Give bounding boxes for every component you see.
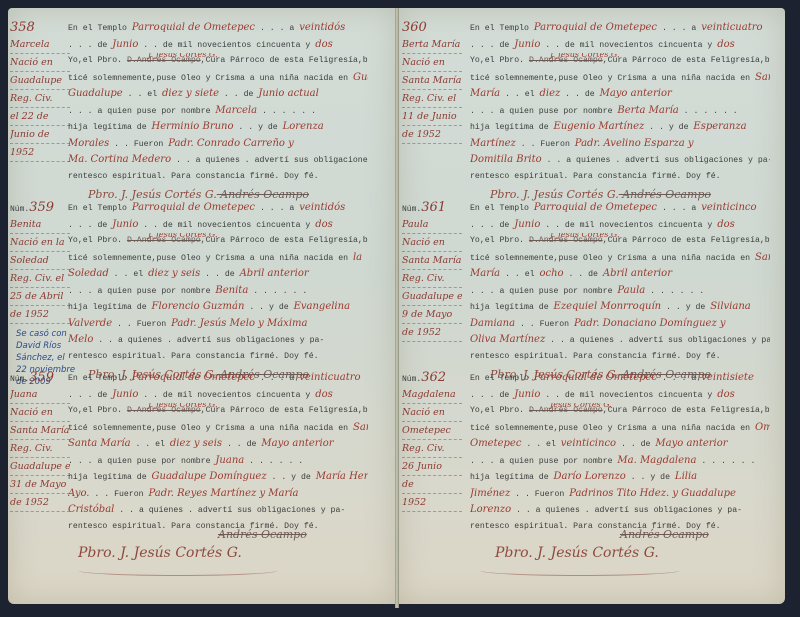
entry-number: Núm.359 bbox=[10, 198, 54, 216]
baptism-year: dos bbox=[717, 219, 735, 230]
form-line: hija legítima de Eugenio Martínez . . y … bbox=[470, 119, 770, 136]
form-line: Ma. Cortina Medero . . a quienes . adver… bbox=[68, 152, 368, 169]
form-text: . . de mil novecientos cincuenta y bbox=[138, 391, 315, 400]
form-line: hija legítima de Darío Lorenzo . . y de … bbox=[470, 469, 770, 486]
form-line: hija legítima de Herminio Bruno . . y de… bbox=[68, 119, 368, 136]
priest-insertion: J. Jesús Cortés G. bbox=[550, 53, 620, 64]
entry-number: Núm.361 bbox=[402, 198, 446, 216]
form-text: ,Cura Párroco de esta Feligresía,bau- bbox=[603, 406, 770, 415]
birth-place: Guadalupe bbox=[353, 72, 368, 83]
form-line: Jiménez . . Fueron Padrinos Tito Hdez. y… bbox=[470, 486, 770, 503]
form-text: . . . de bbox=[470, 221, 514, 230]
baptism-month: Junio bbox=[112, 389, 138, 400]
birth-month: Mayo anterior bbox=[655, 438, 727, 449]
temple-name: Parroquial de Ometepec bbox=[534, 22, 657, 33]
godparents: Padr. Donaciano Domínguez y bbox=[574, 318, 726, 329]
form-text: rentesco espiritual. Para constancia fir… bbox=[68, 352, 319, 361]
godparents: Padr. Avelino Esparza y bbox=[575, 138, 694, 149]
margin-line: de 1952 bbox=[402, 324, 462, 342]
baptism-year: dos bbox=[717, 389, 735, 400]
margin-line: 31 de Mayo bbox=[10, 476, 70, 494]
form-line: rentesco espiritual. Para constancia fir… bbox=[68, 169, 368, 186]
form-line: rentesco espiritual. Para constancia fir… bbox=[470, 349, 770, 366]
form-line: Morales . . Fueron Padr. Conrado Carreño… bbox=[68, 136, 368, 153]
baptism-day: veintidós bbox=[299, 202, 345, 213]
margin-line: Juana bbox=[10, 386, 70, 404]
form-line: María . . el diez . . de Mayo anterior bbox=[470, 86, 770, 103]
form-line: ticé solemnemente,puse Oleo y Crisma a u… bbox=[68, 420, 368, 437]
form-line: ticé solemnemente,puse Oleo y Crisma a u… bbox=[68, 70, 368, 87]
form-line: rentesco espiritual. Para constancia fir… bbox=[68, 349, 368, 366]
form-line: rentesco espiritual. Para constancia fir… bbox=[470, 169, 770, 186]
birth-day: veinticinco bbox=[561, 438, 616, 449]
form-text: Yo,el Pbro. bbox=[470, 406, 529, 415]
form-line: En el Templo Parroquial de Ometepec . . … bbox=[470, 370, 770, 387]
form-text: . . de mil novecientos cincuenta y bbox=[138, 221, 315, 230]
form-line: . . . de Junio . . de mil novecientos ci… bbox=[470, 217, 770, 234]
form-text: . . Fueron bbox=[516, 140, 575, 149]
margin-line: 11 de Junio bbox=[402, 108, 462, 126]
form-text: . . . de bbox=[68, 221, 112, 230]
register-number: 360 bbox=[402, 20, 427, 35]
form-text: rentesco espiritual. Para constancia fir… bbox=[470, 352, 721, 361]
form-text: rentesco espiritual. Para constancia fir… bbox=[470, 172, 721, 181]
form-line: Yo,el Pbro. D.Andrés Ocampo,Cura Párroco… bbox=[470, 53, 770, 70]
form-line: . . . a quien puse por nombre Benita . .… bbox=[68, 283, 368, 300]
form-line: Guadalupe . . el diez y siete . . de Jun… bbox=[68, 86, 368, 103]
margin-line: Berta María bbox=[402, 36, 462, 54]
signature-flourish bbox=[78, 565, 278, 576]
priest-insertion: J. Jesús Cortés G. bbox=[550, 233, 620, 244]
baptism-day: veintidós bbox=[299, 22, 345, 33]
child-name: Ma. Magdalena bbox=[617, 455, 696, 466]
mother-name: Silviana bbox=[710, 301, 750, 312]
form-line: Cristóbal . . a quienes . advertí sus ob… bbox=[68, 502, 368, 519]
form-text: Yo,el Pbro. bbox=[470, 56, 529, 65]
form-line: . . . de Junio . . de mil novecientos ci… bbox=[470, 387, 770, 404]
birth-day: ocho bbox=[539, 268, 563, 279]
num-label: Núm. bbox=[10, 205, 29, 214]
form-text: . . . de bbox=[470, 41, 514, 50]
form-text: . . el bbox=[521, 440, 560, 449]
final-struck-signature: Andrés Ocampo bbox=[218, 528, 307, 541]
form-text: . . de bbox=[219, 90, 258, 99]
form-text: . . a quienes . advertí sus obligaciones… bbox=[171, 156, 368, 165]
form-text: En el Templo bbox=[68, 204, 132, 213]
form-line: Damiana . . Fueron Padr. Donaciano Domín… bbox=[470, 316, 770, 333]
form-line: . . . de Junio . . de mil novecientos ci… bbox=[68, 37, 368, 54]
form-text: . . y de bbox=[244, 303, 293, 312]
mother-name: Esperanza bbox=[693, 121, 746, 132]
num-label: Núm. bbox=[10, 375, 29, 384]
form-text: . . . a quien puse por nombre bbox=[470, 107, 617, 116]
priest-insertion: J. Jesús Cortés G. bbox=[148, 233, 218, 244]
form-line: Melo . . a quienes . advertí sus obligac… bbox=[68, 332, 368, 349]
baptism-year: dos bbox=[717, 39, 735, 50]
birth-place-cont: María bbox=[470, 88, 500, 99]
baptism-day: veinticuatro bbox=[299, 372, 360, 383]
form-text: . . de bbox=[560, 90, 599, 99]
form-text: . . Fueron bbox=[109, 140, 168, 149]
birth-month: Mayo anterior bbox=[600, 88, 672, 99]
register-number: 361 bbox=[421, 200, 446, 215]
temple-name: Parroquial de Ometepec bbox=[534, 372, 657, 383]
baptism-month: Junio bbox=[514, 39, 540, 50]
form-text: Yo,el Pbro. bbox=[68, 236, 127, 245]
form-text: . . . . . . bbox=[248, 287, 307, 296]
form-line: María . . el ocho . . de Abril anterior bbox=[470, 266, 770, 283]
birth-month: Abril anterior bbox=[603, 268, 672, 279]
birth-place: Santa María bbox=[353, 422, 368, 433]
godparents: Padrinos Tito Hdez. y Guadalupe bbox=[569, 488, 736, 499]
godparents: Padr. Reyes Martínez y María bbox=[148, 488, 298, 499]
mother-name-cont: Jiménez bbox=[470, 488, 510, 499]
form-text: hija legítima de bbox=[470, 123, 554, 132]
margin-line: Santa María bbox=[402, 252, 462, 270]
mother-name: Evangelina bbox=[294, 301, 350, 312]
entry-body: En el Templo Parroquial de Ometepec . . … bbox=[470, 200, 770, 365]
form-text: hija legítima de bbox=[470, 473, 554, 482]
mother-name-cont: Martínez bbox=[470, 138, 516, 149]
form-text: En el Templo bbox=[470, 24, 534, 33]
entry-body: En el Templo Parroquial de Ometepec . . … bbox=[470, 370, 770, 535]
baptism-month: Junio bbox=[112, 39, 138, 50]
entry-number: 360 bbox=[402, 18, 427, 36]
birth-place: Ometepec bbox=[755, 422, 770, 433]
entry-body: En el Templo Parroquial de Ometepec . . … bbox=[68, 20, 368, 185]
margin-line: Nació en bbox=[402, 234, 462, 252]
entry-number: Núm.362 bbox=[402, 368, 446, 386]
register-number: 359 bbox=[29, 200, 54, 215]
margin-line: Magdalena bbox=[402, 386, 462, 404]
margin-line: 26 Junio bbox=[402, 458, 462, 476]
form-text: ,Cura Párroco de esta Feligresía,bau- bbox=[603, 56, 770, 65]
margin-line: de bbox=[402, 476, 462, 494]
form-text: . . de bbox=[200, 270, 239, 279]
form-line: Ayo. . . Fueron Padr. Reyes Martínez y M… bbox=[68, 486, 368, 503]
form-text: . . y de bbox=[234, 123, 283, 132]
form-line: En el Templo Parroquial de Ometepec . . … bbox=[68, 370, 368, 387]
priest-insertion: Jesús Cortés G. bbox=[550, 403, 612, 414]
margin-line: 1952 bbox=[10, 144, 70, 162]
form-line: Lorenzo . . a quienes . advertí sus obli… bbox=[470, 502, 770, 519]
temple-name: Parroquial de Ometepec bbox=[132, 202, 255, 213]
form-line: En el Templo Parroquial de Ometepec . . … bbox=[470, 20, 770, 37]
birth-place-cont: Ometepec bbox=[470, 438, 521, 449]
margin-line: Reg. Civ. bbox=[10, 90, 70, 108]
birth-day: diez bbox=[539, 88, 560, 99]
form-text: . . el bbox=[500, 90, 539, 99]
mother-name-cont: Ayo. bbox=[68, 488, 90, 499]
margin-line: Nació en bbox=[402, 404, 462, 422]
form-text: . . . a bbox=[255, 204, 299, 213]
birth-place: Santa bbox=[755, 252, 770, 263]
form-text: . . . de bbox=[68, 391, 112, 400]
margin-line: 9 de Mayo bbox=[402, 306, 462, 324]
baptism-year: dos bbox=[315, 39, 333, 50]
mother-name-cont: Damiana bbox=[470, 318, 515, 329]
form-text: . . . . . . bbox=[645, 287, 704, 296]
margin-line: de 1952 bbox=[10, 306, 70, 324]
birth-place-cont: Guadalupe bbox=[68, 88, 123, 99]
form-line: . . . a quien puse por nombre Paula . . … bbox=[470, 283, 770, 300]
baptism-day: veintisiete bbox=[701, 372, 754, 383]
margin-notes: MarcelaNació enGuadalupeReg. Civ.el 22 d… bbox=[10, 36, 70, 162]
form-line: Yo,el Pbro. D.Andrés Ocampo,Cura Párroco… bbox=[68, 233, 368, 250]
margin-line: Nació en la bbox=[10, 234, 70, 252]
form-line: Yo,el Pbro. D.Andrés Ocampo,Cura Párroco… bbox=[68, 53, 368, 70]
form-line: hija legítima de Ezequiel Monrroquín . .… bbox=[470, 299, 770, 316]
father-name: Eugenio Martínez bbox=[554, 121, 645, 132]
mother-name-cont: Morales bbox=[68, 138, 109, 149]
form-line: ticé solemnemente,puse Oleo y Crisma a u… bbox=[470, 70, 770, 87]
form-line: hija legítima de Florencio Guzmán . . y … bbox=[68, 299, 368, 316]
form-text: . . a quienes . advertí sus obligaciones… bbox=[542, 156, 770, 165]
margin-line: Guadalupe el bbox=[10, 458, 70, 476]
form-line: ticé solemnemente,puse Oleo y Crisma a u… bbox=[68, 250, 368, 267]
form-text: . . Fueron bbox=[510, 490, 569, 499]
form-text: . . de bbox=[564, 270, 603, 279]
priest-insertion: J. Jesús Cortés G. bbox=[148, 403, 218, 414]
father-name: Guadalupe Domínguez bbox=[152, 471, 267, 482]
form-text: . . a quienes . advertí sus obligaciones… bbox=[545, 336, 770, 345]
margin-line: Reg. Civ. bbox=[402, 270, 462, 288]
mother-name: Lilia bbox=[675, 471, 697, 482]
book-spine bbox=[395, 8, 399, 608]
margin-line: Soledad bbox=[10, 252, 70, 270]
form-text: . . . . . . bbox=[679, 107, 738, 116]
form-line: Ometepec . . el veinticinco . . de Mayo … bbox=[470, 436, 770, 453]
form-text: . . el bbox=[500, 270, 539, 279]
birth-place-cont: Soledad bbox=[68, 268, 109, 279]
margin-notes: PaulaNació enSanta MaríaReg. Civ.Guadalu… bbox=[402, 216, 462, 342]
entry-body: En el Templo Parroquial de Ometepec . . … bbox=[470, 20, 770, 185]
form-line: . . . de Junio . . de mil novecientos ci… bbox=[470, 37, 770, 54]
final-signature: Pbro. J. Jesús Cortés G. bbox=[78, 545, 242, 561]
form-text: . . el bbox=[109, 270, 148, 279]
child-name: Paula bbox=[617, 285, 645, 296]
form-text: . . de bbox=[616, 440, 655, 449]
form-text: . . . de bbox=[68, 41, 112, 50]
child-name: Berta María bbox=[617, 105, 678, 116]
form-text: rentesco espiritual. Para constancia fir… bbox=[68, 172, 319, 181]
child-name: Juana bbox=[215, 455, 244, 466]
annotation-line: David Ríos bbox=[16, 340, 86, 352]
form-text: . . de mil novecientos cincuenta y bbox=[540, 41, 717, 50]
form-line: En el Templo Parroquial de Ometepec . . … bbox=[68, 200, 368, 217]
num-label: Núm. bbox=[402, 205, 421, 214]
form-text: ticé solemnemente,puse Oleo y Crisma a u… bbox=[470, 74, 755, 83]
margin-line: Reg. Civ. el bbox=[10, 270, 70, 288]
birth-day: diez y siete bbox=[162, 88, 219, 99]
margin-line: Nació en bbox=[10, 404, 70, 422]
godparents-cont: Oliva Martínez bbox=[470, 334, 545, 345]
form-text: . . . a quien puse por nombre bbox=[68, 457, 215, 466]
godparents: Padr. Conrado Carreño y bbox=[168, 138, 294, 149]
final-signature: Pbro. J. Jesús Cortés G. bbox=[495, 545, 659, 561]
form-text: ,Cura Párroco de esta Feligresía,bau- bbox=[201, 56, 368, 65]
form-line: . . . a quien puse por nombre Berta Marí… bbox=[470, 103, 770, 120]
godparents-cont: Domitila Brito bbox=[470, 154, 542, 165]
form-text: En el Templo bbox=[470, 374, 534, 383]
form-text: . . y de bbox=[644, 123, 693, 132]
baptism-month: Junio bbox=[112, 219, 138, 230]
form-text: ticé solemnemente,puse Oleo y Crisma a u… bbox=[470, 424, 755, 433]
birth-month: Mayo anterior bbox=[261, 438, 333, 449]
temple-name: Parroquial de Ometepec bbox=[132, 372, 255, 383]
form-line: Martínez . . Fueron Padr. Avelino Esparz… bbox=[470, 136, 770, 153]
form-text: hija legítima de bbox=[68, 123, 152, 132]
form-line: hija legítima de Guadalupe Domínguez . .… bbox=[68, 469, 368, 486]
form-text: . . de mil novecientos cincuenta y bbox=[138, 41, 315, 50]
margin-notes: JuanaNació enSanta MaríaReg. Civ.Guadalu… bbox=[10, 386, 70, 512]
godparents-cont: Cristóbal bbox=[68, 504, 114, 515]
form-text: . . . . . . bbox=[244, 457, 303, 466]
form-text: . . a quienes . advertí sus obligaciones… bbox=[511, 506, 742, 515]
baptism-day: veinticinco bbox=[701, 202, 756, 213]
baptism-year: dos bbox=[315, 219, 333, 230]
form-line: Santa María . . el diez y seis . . de Ma… bbox=[68, 436, 368, 453]
form-text: . . . a quien puse por nombre bbox=[68, 107, 215, 116]
register-number: 362 bbox=[421, 370, 446, 385]
entry-number: Núm.359 bbox=[10, 368, 54, 386]
form-text: En el Templo bbox=[68, 374, 132, 383]
register-number: 358 bbox=[10, 20, 35, 35]
godparents-cont: Ma. Cortina Medero bbox=[68, 154, 171, 165]
entry-number: 358 bbox=[10, 18, 35, 36]
form-line: Yo,el Pbro. D.Andrés Ocampo,Cura Párroco… bbox=[68, 403, 368, 420]
godparents: Padr. Jesús Melo y Máxima bbox=[171, 318, 307, 329]
margin-line: Reg. Civ. bbox=[402, 440, 462, 458]
father-name: Herminio Bruno bbox=[152, 121, 234, 132]
form-line: Soledad . . el diez y seis . . de Abril … bbox=[68, 266, 368, 283]
form-line: Valverde . . Fueron Padr. Jesús Melo y M… bbox=[68, 316, 368, 333]
margin-line: de 1952 bbox=[10, 494, 70, 512]
priest-insertion: J. Jesús Cortés G. bbox=[148, 53, 218, 64]
godparents-cont: Lorenzo bbox=[470, 504, 511, 515]
form-text: . . . . . . bbox=[257, 107, 316, 116]
form-text: . . . a quien puse por nombre bbox=[470, 287, 617, 296]
form-text: ,Cura Párroco de esta Feligresía,bau- bbox=[201, 406, 368, 415]
form-text: hija legítima de bbox=[68, 473, 152, 482]
annotation-line: Sánchez, el bbox=[16, 352, 86, 364]
margin-line: Guadalupe el bbox=[402, 288, 462, 306]
margin-line: de 1952 bbox=[402, 126, 462, 144]
birth-month: Abril anterior bbox=[240, 268, 309, 279]
temple-name: Parroquial de Ometepec bbox=[534, 202, 657, 213]
form-text: . . de bbox=[222, 440, 261, 449]
birth-place-cont: Santa María bbox=[68, 438, 131, 449]
margin-line: Ometepec bbox=[402, 422, 462, 440]
form-text: Yo,el Pbro. bbox=[68, 56, 127, 65]
form-text: . . . a bbox=[255, 374, 299, 383]
form-text: . . . a bbox=[657, 204, 701, 213]
form-text: . . . de bbox=[470, 391, 514, 400]
margin-notes: MagdalenaNació enOmetepecReg. Civ.26 Jun… bbox=[402, 386, 462, 512]
margin-line: Junio de bbox=[10, 126, 70, 144]
form-text: ,Cura Párroco de esta Feligresía,bau- bbox=[201, 236, 368, 245]
baptism-year: dos bbox=[315, 389, 333, 400]
form-text: . . . a quien puse por nombre bbox=[68, 287, 215, 296]
form-text: . . . a bbox=[657, 24, 701, 33]
form-text: ticé solemnemente,puse Oleo y Crisma a u… bbox=[68, 424, 353, 433]
form-line: ticé solemnemente,puse Oleo y Crisma a u… bbox=[470, 250, 770, 267]
birth-place: Santa bbox=[755, 72, 770, 83]
margin-line: Nació en bbox=[402, 54, 462, 72]
form-text: . . Fueron bbox=[515, 320, 574, 329]
form-text: En el Templo bbox=[68, 24, 132, 33]
birth-day: diez y seis bbox=[148, 268, 200, 279]
form-line: En el Templo Parroquial de Ometepec . . … bbox=[68, 20, 368, 37]
form-text: Yo,el Pbro. bbox=[68, 406, 127, 415]
birth-place: la bbox=[353, 252, 362, 263]
form-text: . . a quienes . advertí sus obligaciones… bbox=[93, 336, 324, 345]
form-text: hija legítima de bbox=[68, 303, 152, 312]
margin-line: Benita bbox=[10, 216, 70, 234]
mother-name: Lorenza bbox=[283, 121, 324, 132]
form-line: . . . a quien puse por nombre Ma. Magdal… bbox=[470, 453, 770, 470]
child-name: Marcela bbox=[215, 105, 257, 116]
temple-name: Parroquial de Ometepec bbox=[132, 22, 255, 33]
margin-notes: BenitaNació en laSoledadReg. Civ. el25 d… bbox=[10, 216, 70, 324]
mother-name: María Herrera bbox=[316, 471, 368, 482]
form-text: ticé solemnemente,puse Oleo y Crisma a u… bbox=[68, 74, 353, 83]
form-text: . . Fueron bbox=[112, 320, 171, 329]
child-name: Benita bbox=[215, 285, 248, 296]
form-line: Yo,el Pbro. D.Andrés Ocampo,Cura Párroco… bbox=[470, 233, 770, 250]
form-text: hija legítima de bbox=[470, 303, 554, 312]
baptism-month: Junio bbox=[514, 389, 540, 400]
margin-line: Santa María bbox=[402, 72, 462, 90]
margin-line: Santa María bbox=[10, 422, 70, 440]
form-line: . . . de Junio . . de mil novecientos ci… bbox=[68, 387, 368, 404]
entry-body: En el Templo Parroquial de Ometepec . . … bbox=[68, 370, 368, 535]
form-text: . . de mil novecientos cincuenta y bbox=[540, 391, 717, 400]
birth-month: Junio actual bbox=[258, 88, 318, 99]
form-text: . . Fueron bbox=[90, 490, 149, 499]
father-name: Darío Lorenzo bbox=[554, 471, 626, 482]
form-line: ticé solemnemente,puse Oleo y Crisma a u… bbox=[470, 420, 770, 437]
margin-line: Reg. Civ. el bbox=[402, 90, 462, 108]
birth-place-cont: María bbox=[470, 268, 500, 279]
final-struck-signature: Andrés Ocampo bbox=[620, 528, 709, 541]
signature-flourish bbox=[480, 565, 680, 576]
entry-body: En el Templo Parroquial de Ometepec . . … bbox=[68, 200, 368, 365]
margin-line: 1952 bbox=[402, 494, 462, 512]
form-text: . . el bbox=[123, 90, 162, 99]
margin-line: el 22 de bbox=[10, 108, 70, 126]
form-line: En el Templo Parroquial de Ometepec . . … bbox=[470, 200, 770, 217]
num-label: Núm. bbox=[402, 375, 421, 384]
form-text: . . de mil novecientos cincuenta y bbox=[540, 221, 717, 230]
baptism-day: veinticuatro bbox=[701, 22, 762, 33]
form-line: Domitila Brito . . a quienes . advertí s… bbox=[470, 152, 770, 169]
form-text: ticé solemnemente,puse Oleo y Crisma a u… bbox=[68, 254, 353, 263]
form-text: . . . a bbox=[255, 24, 299, 33]
margin-line: Nació en bbox=[10, 54, 70, 72]
form-line: . . . a quien puse por nombre Juana . . … bbox=[68, 453, 368, 470]
form-text: ,Cura Párroco de esta Feligresía,bau- bbox=[603, 236, 770, 245]
mother-name-cont: Valverde bbox=[68, 318, 112, 329]
form-line: Oliva Martínez . . a quienes . advertí s… bbox=[470, 332, 770, 349]
margin-line: Paula bbox=[402, 216, 462, 234]
form-text: En el Templo bbox=[470, 204, 534, 213]
birth-day: diez y seis bbox=[170, 438, 222, 449]
margin-line: 25 de Abril bbox=[10, 288, 70, 306]
form-line: . . . de Junio . . de mil novecientos ci… bbox=[68, 217, 368, 234]
margin-line: Guadalupe bbox=[10, 72, 70, 90]
form-text: Yo,el Pbro. bbox=[470, 236, 529, 245]
